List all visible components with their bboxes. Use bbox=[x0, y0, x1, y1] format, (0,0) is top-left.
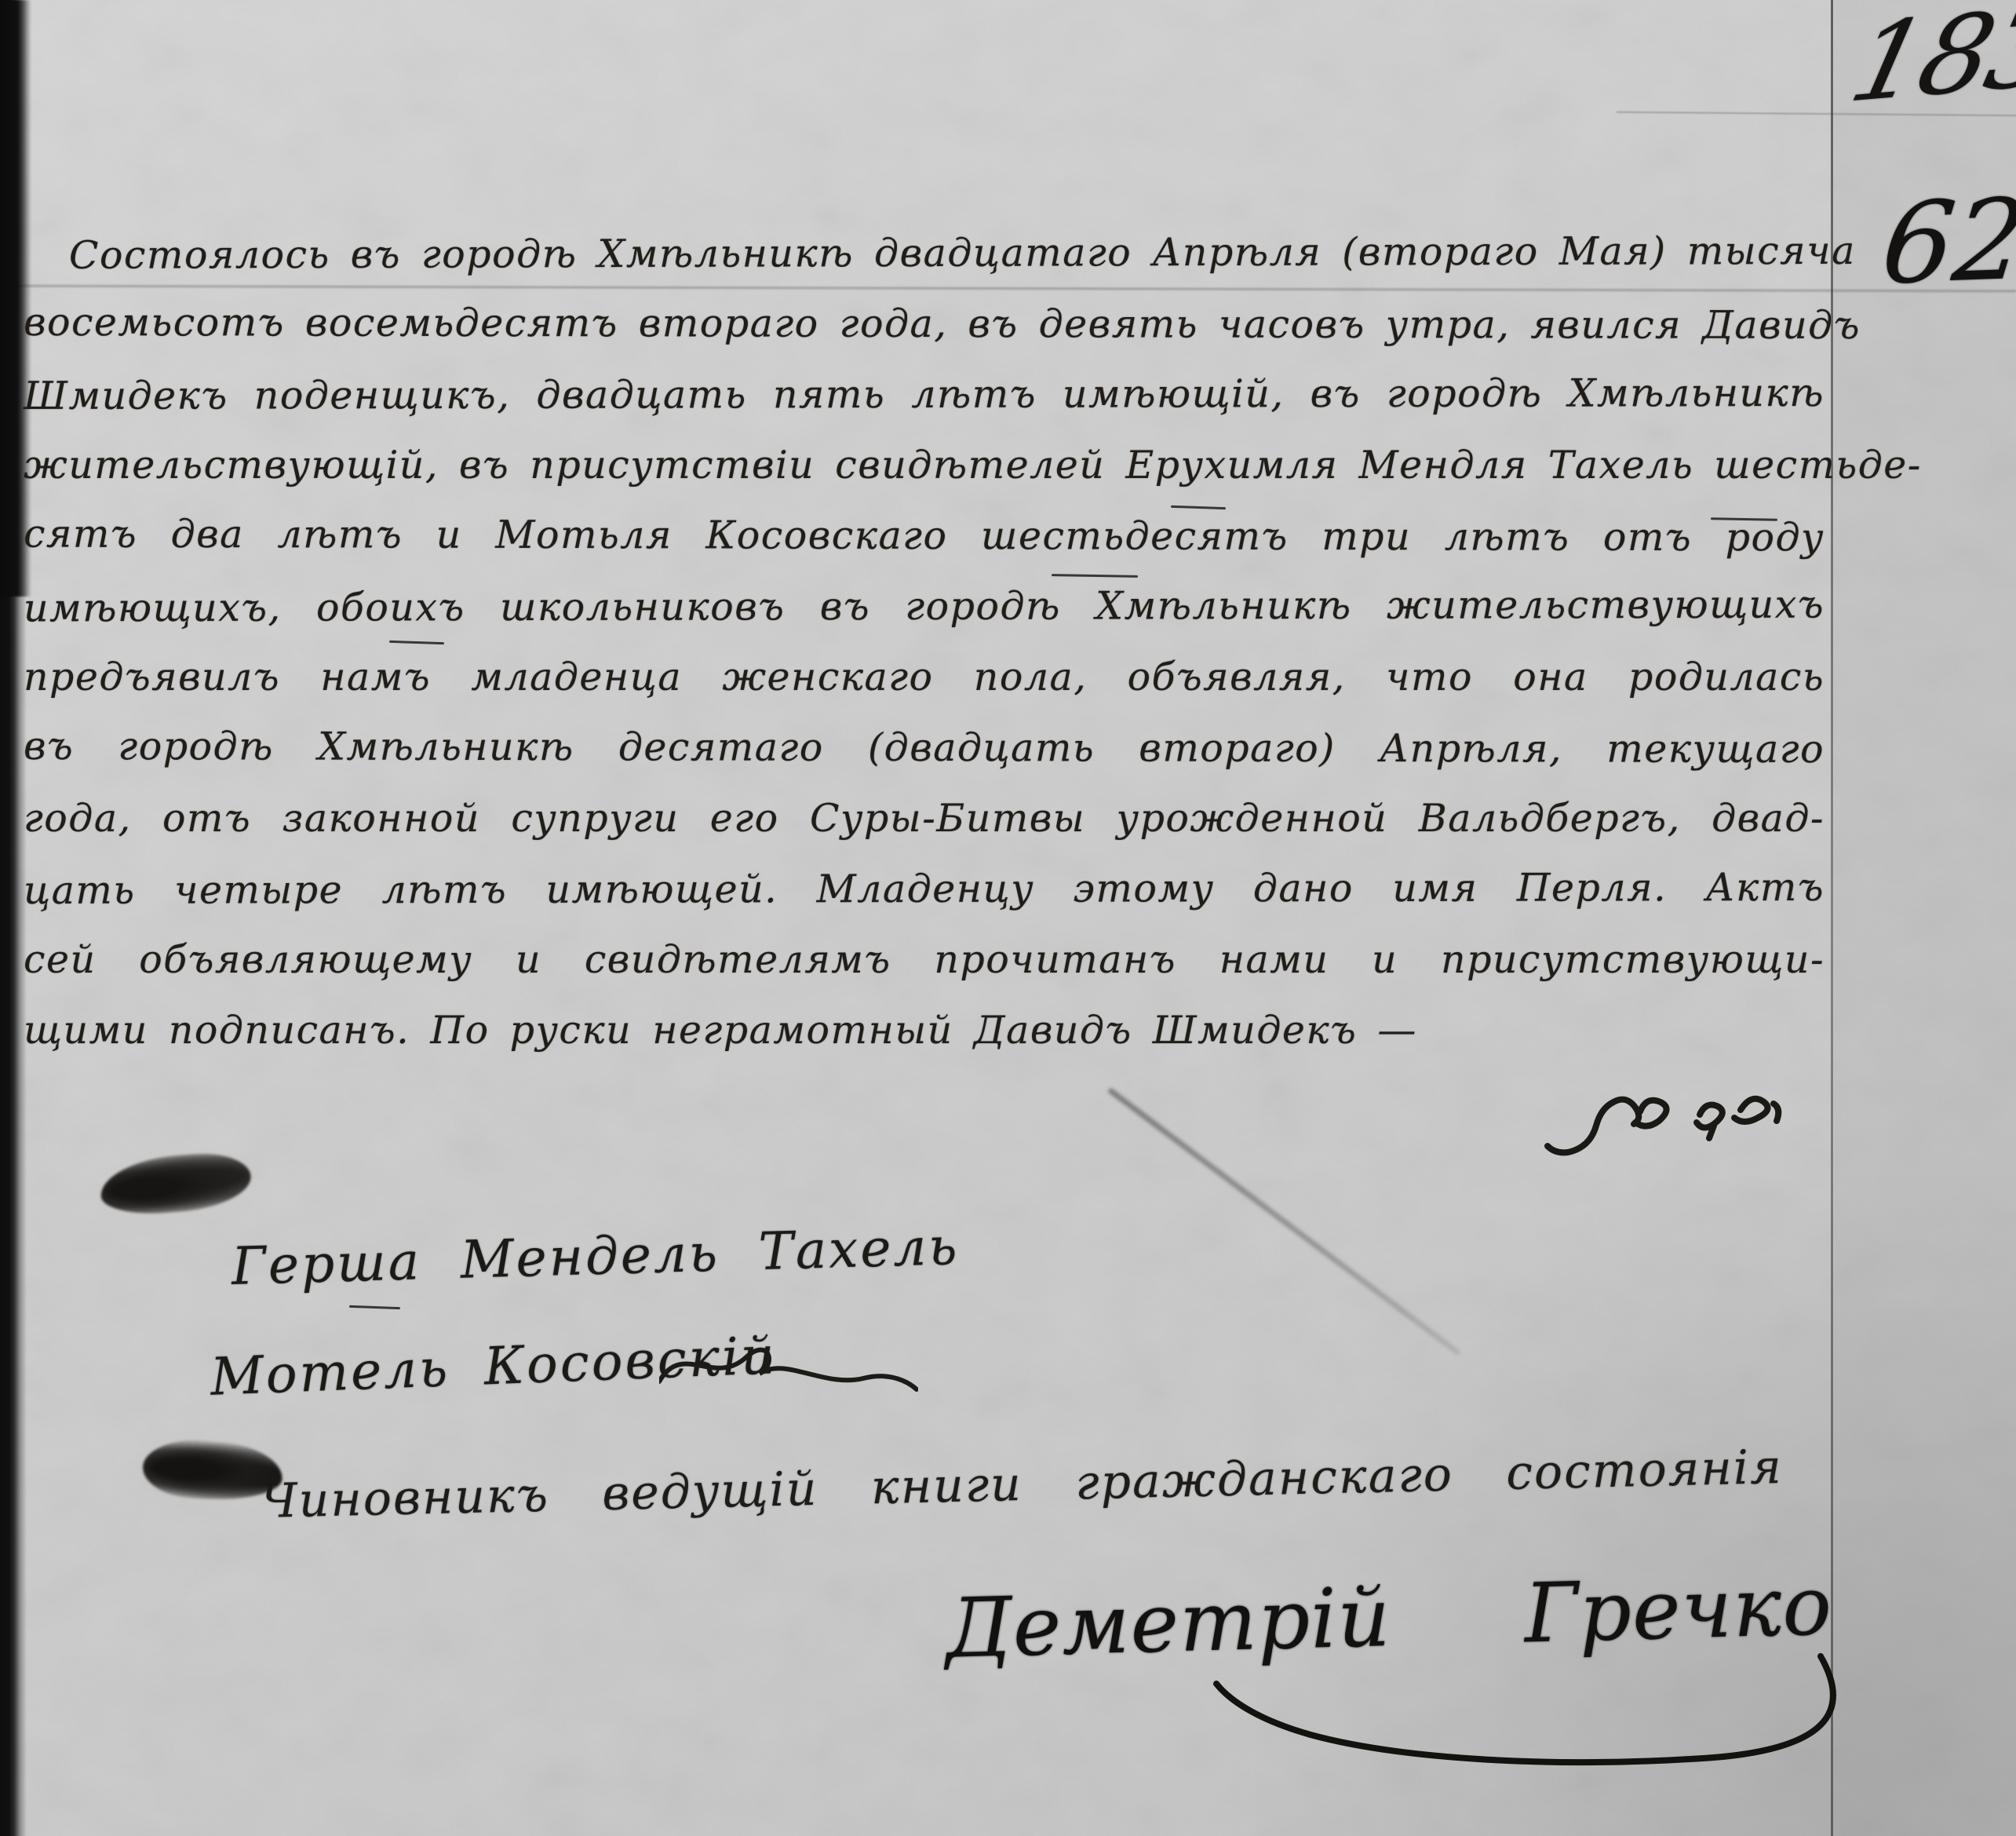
underline-mark bbox=[389, 641, 444, 644]
record-line: Состоялось въ городѣ Хмѣльникѣ двадцатаг… bbox=[24, 232, 1825, 275]
underline-mark bbox=[1171, 506, 1226, 509]
folio-number: 183 bbox=[1842, 0, 2016, 119]
signature-swash bbox=[1201, 1641, 1860, 1805]
record-line: восемьсотъ восемьдесятъ втораго года, въ… bbox=[24, 303, 1825, 345]
record-line: сей объявляющему и свидѣтелямъ прочитанъ… bbox=[24, 940, 1825, 979]
registrar-title-line: Чиновникъ ведущій книги гражданскаго сос… bbox=[260, 1440, 1783, 1529]
underline-mark bbox=[1052, 574, 1138, 578]
record-line: предъявилъ намъ младенца женскаго пола, … bbox=[24, 658, 1825, 696]
scan-left-edge-top bbox=[0, 0, 31, 597]
witness-signature-1: Герша Мендель Тахель bbox=[231, 1216, 960, 1297]
record-line: цать четыре лѣтъ имѣющей. Младенцу этому… bbox=[24, 868, 1825, 910]
record-line: сятъ два лѣтъ и Мотьля Косовскаго шестьд… bbox=[24, 515, 1825, 557]
diagonal-pencil-smudge bbox=[1110, 1087, 1114, 1090]
underline-mark bbox=[349, 1305, 400, 1309]
record-line: Шмидекъ поденщикъ, двадцать пять лѣтъ им… bbox=[24, 374, 1825, 415]
record-line: имѣющихъ, обоихъ школьниковъ въ городѣ Х… bbox=[24, 586, 1825, 628]
record-line: жительствующій, въ присутствіи свидѣтеле… bbox=[24, 446, 1825, 484]
ink-blot bbox=[141, 1437, 284, 1502]
faint-rule-horizontal bbox=[0, 285, 2016, 293]
record-line: въ городѣ Хмѣльникѣ десятаго (двадцать в… bbox=[24, 727, 1825, 768]
cursive-yiddish-signature bbox=[1538, 1074, 1805, 1168]
signature-flourish bbox=[659, 1333, 918, 1419]
ink-blot bbox=[99, 1150, 253, 1217]
scanned-register-page: 183 62 Состоялось въ городѣ Хмѣльникѣ дв… bbox=[0, 0, 2016, 1836]
record-line: года, отъ законной супруги его Суры-Битв… bbox=[24, 799, 1825, 838]
record-number: 62 bbox=[1877, 184, 2016, 301]
margin-rule-vertical bbox=[1831, 0, 1833, 1836]
record-line: щими подписанъ. По руски неграмотный Дав… bbox=[24, 1011, 1381, 1049]
